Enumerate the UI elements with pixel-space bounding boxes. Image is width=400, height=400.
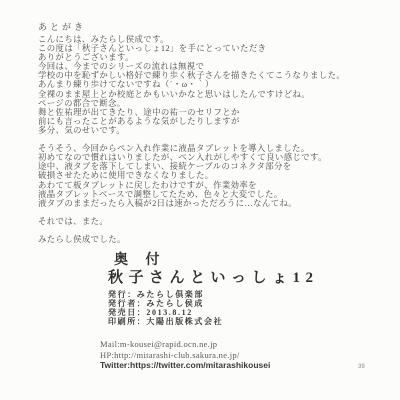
afterword-line: この度は「秋子さんといっしょ12」を手にとっていただき xyxy=(38,44,368,53)
afterword-line: ページの都合で断念。 xyxy=(38,99,368,108)
afterword-body: こんにちは、みたらし侯成です。この度は「秋子さんといっしょ12」を手にとっていた… xyxy=(38,35,368,244)
afterword-line: 液晶タブレットベースで調整してたため、色々と大変でした。 xyxy=(38,190,368,199)
contact-block: Mail:m-kousei@rapid.ocn.ne.jp HP:http://… xyxy=(100,339,380,371)
afterword-heading: あとがき xyxy=(38,20,86,33)
colophon-detail-line: 発行者：みたらし侯成 xyxy=(108,299,338,308)
afterword-page: あとがき こんにちは、みたらし侯成です。この度は「秋子さんといっしょ12」を手に… xyxy=(0,0,400,400)
afterword-line: 多分、気のせいです。 xyxy=(38,126,368,135)
book-title: 秋子さんといっしょ12 xyxy=(108,269,338,288)
contact-twitter-url: Twitter:https://twitter.com/mitarashikou… xyxy=(100,360,380,371)
afterword-line: みたらし侯成でした。 xyxy=(38,235,368,244)
afterword-line: あわてて板タブレットに戻したわけですが、作業効率を xyxy=(38,181,368,190)
afterword-line: 液タブのままだったら入稿が2日は速かっただろうに…なんてね。 xyxy=(38,199,368,208)
afterword-line: こんにちは、みたらし侯成です。 xyxy=(38,35,368,44)
colophon-heading: 奥 付 xyxy=(114,253,338,269)
colophon-detail-line: 発行：みたらし倶楽部 xyxy=(108,290,338,299)
afterword-line: それでは、また。 xyxy=(38,217,368,226)
afterword-line: 今回は、今までのシリーズの流れは無視で xyxy=(38,62,368,71)
afterword-line: そうそう、今回からペン入れ作業に液晶タブレットを導入しました。 xyxy=(38,144,368,153)
afterword-line: 前にも言ったことがあるような気がしたりしますが xyxy=(38,117,368,126)
colophon-detail-line: 発売日：2013.8.12 xyxy=(108,308,338,317)
colophon-block: 奥 付 秋子さんといっしょ12 発行：みたらし倶楽部発行者：みたらし侯成発売日：… xyxy=(108,253,338,326)
afterword-line: 全裸のまま屋上とか校庭とかもいいかなと思いはしたんですけどね。 xyxy=(38,90,368,99)
contact-homepage-url: HP:http://mitarashi-club.sakura.ne.jp/ xyxy=(100,350,380,361)
afterword-line: あんまり練り歩けてないですね（´・ω・｀） xyxy=(38,80,368,89)
afterword-line: 破損させたために使用できなくなりました。 xyxy=(38,171,368,180)
colophon-details: 発行：みたらし倶楽部発行者：みたらし侯成発売日：2013.8.12印刷所：大陽出… xyxy=(108,290,338,326)
contact-mail: Mail:m-kousei@rapid.ocn.ne.jp xyxy=(100,339,380,350)
afterword-line: 舞と佐祐理が出てきたり、途中の祐一のセリフとか xyxy=(38,108,368,117)
page-number: 39 xyxy=(358,364,365,370)
afterword-line: ありがとうございます。 xyxy=(38,53,368,62)
colophon-detail-line: 印刷所：大陽出版株式会社 xyxy=(108,317,338,326)
afterword-line: 初めてなので慣れはいりましたが、ペン入れがしやすくて良い感じです。 xyxy=(38,153,368,162)
